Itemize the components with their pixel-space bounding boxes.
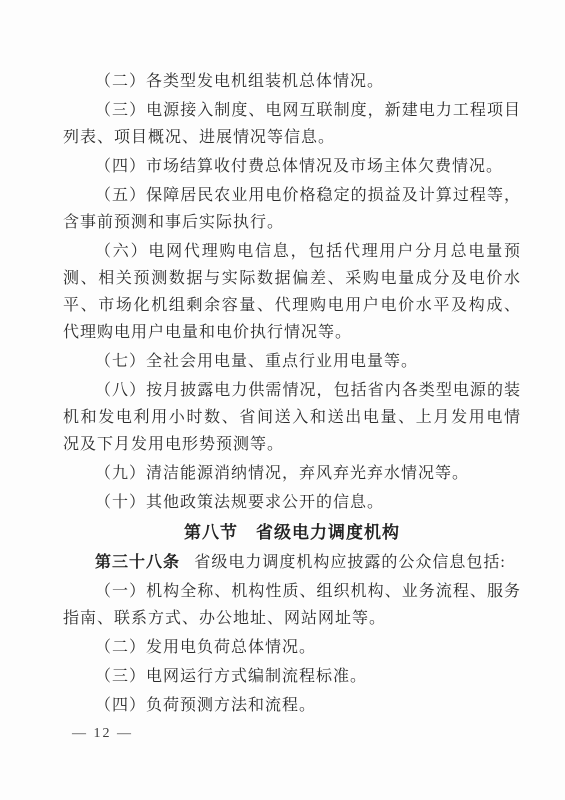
clause-item: （四）市场结算收付费总体情况及市场主体欠费情况。 bbox=[63, 153, 521, 180]
article-paragraph: 第三十八条省级电力调度机构应披露的公众信息包括: bbox=[63, 549, 521, 576]
section-heading: 第八节 省级电力调度机构 bbox=[63, 519, 521, 546]
clause-item: （三）电网运行方式编制流程标准。 bbox=[63, 663, 521, 690]
clause-item: （三）电源接入制度、电网互联制度，新建电力工程项目列表、项目概况、进展情况等信息… bbox=[63, 97, 521, 151]
clause-item: （二）发用电负荷总体情况。 bbox=[63, 634, 521, 661]
clause-item: （七）全社会用电量、重点行业用电量等。 bbox=[63, 348, 521, 375]
document-page: （二）各类型发电机组装机总体情况。 （三）电源接入制度、电网互联制度，新建电力工… bbox=[0, 0, 565, 800]
clause-item: （五）保障居民农业用电价格稳定的损益及计算过程等，含事前预测和事后实际执行。 bbox=[63, 182, 521, 236]
article-number-label: 第三十八条 bbox=[95, 554, 180, 571]
clause-item: （六）电网代理购电信息，包括代理用户分月总电量预测、相关预测数据与实际数据偏差、… bbox=[63, 238, 521, 346]
clause-item: （一）机构全称、机构性质、组织机构、业务流程、服务指南、联系方式、办公地址、网站… bbox=[63, 578, 521, 632]
clause-item: （二）各类型发电机组装机总体情况。 bbox=[63, 68, 521, 95]
page-number: — 12 — bbox=[72, 726, 133, 742]
clause-item: （九）清洁能源消纳情况，弃风弃光弃水情况等。 bbox=[63, 460, 521, 487]
clause-item: （十）其他政策法规要求公开的信息。 bbox=[63, 489, 521, 516]
clause-item: （四）负荷预测方法和流程。 bbox=[63, 692, 521, 719]
document-body: （二）各类型发电机组装机总体情况。 （三）电源接入制度、电网互联制度，新建电力工… bbox=[63, 68, 521, 721]
clause-item: （八）按月披露电力供需情况，包括省内各类型电源的装机和发电利用小时数、省间送入和… bbox=[63, 377, 521, 458]
article-text: 省级电力调度机构应披露的公众信息包括: bbox=[194, 554, 505, 571]
